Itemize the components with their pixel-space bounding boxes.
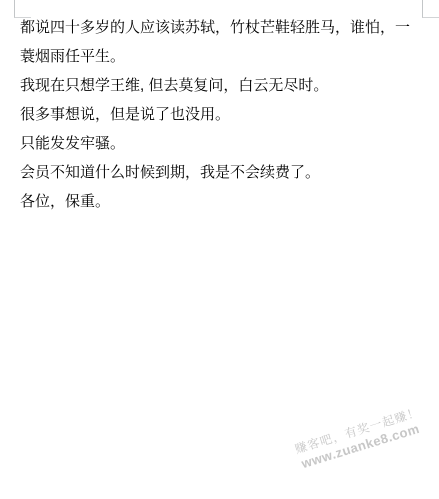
text-line[interactable]: 各位，保重。 xyxy=(20,187,420,216)
watermark-url: www.zuanke8.com xyxy=(300,419,427,472)
text-line[interactable]: 会员不知道什么时候到期，我是不会续费了。 xyxy=(20,158,420,187)
text-boundary-mark-top-right xyxy=(422,0,439,18)
text-line[interactable]: 都说四十多岁的人应该读苏轼，竹杖芒鞋轻胜马，谁怕，一 xyxy=(20,13,420,42)
document-body[interactable]: 都说四十多岁的人应该读苏轼，竹杖芒鞋轻胜马，谁怕，一蓑烟雨任平生。我现在只想学王… xyxy=(20,13,420,216)
document-page: 都说四十多岁的人应该读苏轼，竹杖芒鞋轻胜马，谁怕，一蓑烟雨任平生。我现在只想学王… xyxy=(0,0,439,499)
watermark-slogan: 赚客吧，有奖一起赚！ xyxy=(293,404,422,457)
text-line[interactable]: 很多事想说，但是说了也没用。 xyxy=(20,100,420,129)
text-line[interactable]: 只能发发牢骚。 xyxy=(20,129,420,158)
watermark: 赚客吧，有奖一起赚！ www.zuanke8.com xyxy=(293,404,427,473)
text-line[interactable]: 我现在只想学王维, 但去莫复问，白云无尽时。 xyxy=(20,71,420,100)
text-line[interactable]: 蓑烟雨任平生。 xyxy=(20,42,420,71)
